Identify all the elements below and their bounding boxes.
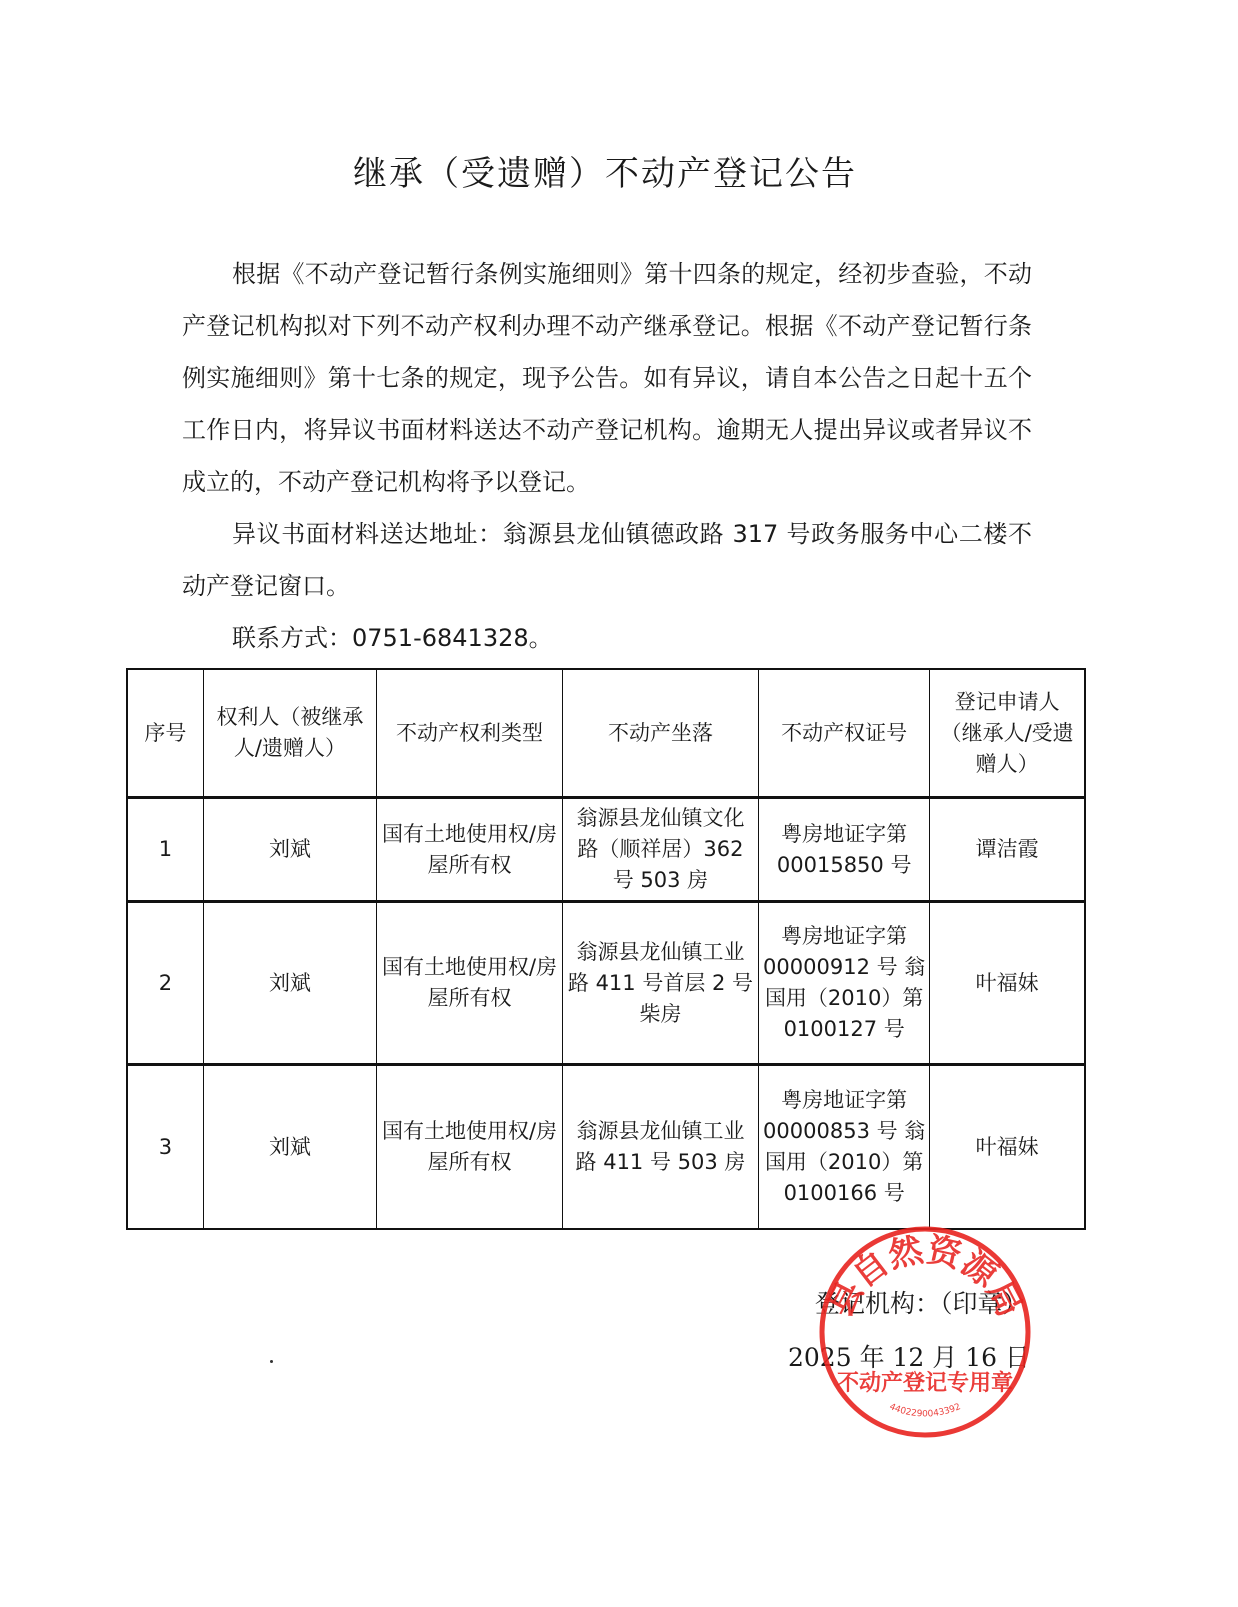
registration-table: 序号 权利人（被继承人/遗赠人） 不动产权利类型 不动产坐落 不动产权证号 登记… <box>126 668 1086 1230</box>
cell-type: 国有土地使用权/房屋所有权 <box>377 798 563 902</box>
registration-org-label: 登记机构：（印章） <box>815 1284 1028 1320</box>
objection-address-paragraph: 异议书面材料送达地址：翁源县龙仙镇德政路 317 号政务服务中心二楼不动产登记窗… <box>182 508 1032 612</box>
table-row: 3 刘斌 国有土地使用权/房屋所有权 翁源县龙仙镇工业路 411 号 503 房… <box>127 1065 1085 1230</box>
header-holder: 权利人（被继承人/遗赠人） <box>203 669 376 798</box>
seal-serial: 4402290043392 <box>888 1402 963 1419</box>
cell-no: 2 <box>127 902 203 1065</box>
cell-cert: 粤房地证字第 00000912 号 翁国用（2010）第 0100127 号 <box>759 902 930 1065</box>
cell-type: 国有土地使用权/房屋所有权 <box>377 1065 563 1230</box>
notice-paragraph: 根据《不动产登记暂行条例实施细则》第十四条的规定，经初步查验，不动产登记机构拟对… <box>182 248 1032 508</box>
cell-no: 3 <box>127 1065 203 1230</box>
official-seal-icon: 县自然资源局 不动产登记专用章 4402290043392 <box>815 1222 1035 1442</box>
header-type: 不动产权利类型 <box>377 669 563 798</box>
cell-holder: 刘斌 <box>203 1065 376 1230</box>
cell-location: 翁源县龙仙镇文化路（顺祥居）362 号 503 房 <box>562 798 758 902</box>
header-no: 序号 <box>127 669 203 798</box>
table-header-row: 序号 权利人（被继承人/遗赠人） 不动产权利类型 不动产坐落 不动产权证号 登记… <box>127 669 1085 798</box>
cell-location: 翁源县龙仙镇工业路 411 号首层 2 号柴房 <box>562 902 758 1065</box>
document-title: 继承（受遗赠）不动产登记公告 <box>0 146 1210 195</box>
cell-applicant: 叶福妹 <box>930 1065 1085 1230</box>
header-cert: 不动产权证号 <box>759 669 930 798</box>
cell-applicant: 叶福妹 <box>930 902 1085 1065</box>
notice-date: 2025 年 12 月 16 日 <box>788 1338 1030 1374</box>
cell-location: 翁源县龙仙镇工业路 411 号 503 房 <box>562 1065 758 1230</box>
cell-cert: 粤房地证字第 00015850 号 <box>759 798 930 902</box>
header-location: 不动产坐落 <box>562 669 758 798</box>
cell-holder: 刘斌 <box>203 902 376 1065</box>
cell-applicant: 谭洁霞 <box>930 798 1085 902</box>
header-applicant: 登记申请人（继承人/受遗赠人） <box>930 669 1085 798</box>
cell-holder: 刘斌 <box>203 798 376 902</box>
cell-type: 国有土地使用权/房屋所有权 <box>377 902 563 1065</box>
svg-text:4402290043392: 4402290043392 <box>888 1402 963 1419</box>
table-row: 2 刘斌 国有土地使用权/房屋所有权 翁源县龙仙镇工业路 411 号首层 2 号… <box>127 902 1085 1065</box>
stray-mark <box>270 1360 273 1363</box>
cell-no: 1 <box>127 798 203 902</box>
cell-cert: 粤房地证字第 00000853 号 翁国用（2010）第 0100166 号 <box>759 1065 930 1230</box>
table-row: 1 刘斌 国有土地使用权/房屋所有权 翁源县龙仙镇文化路（顺祥居）362 号 5… <box>127 798 1085 902</box>
contact-paragraph: 联系方式：0751-6841328。 <box>182 612 1032 664</box>
